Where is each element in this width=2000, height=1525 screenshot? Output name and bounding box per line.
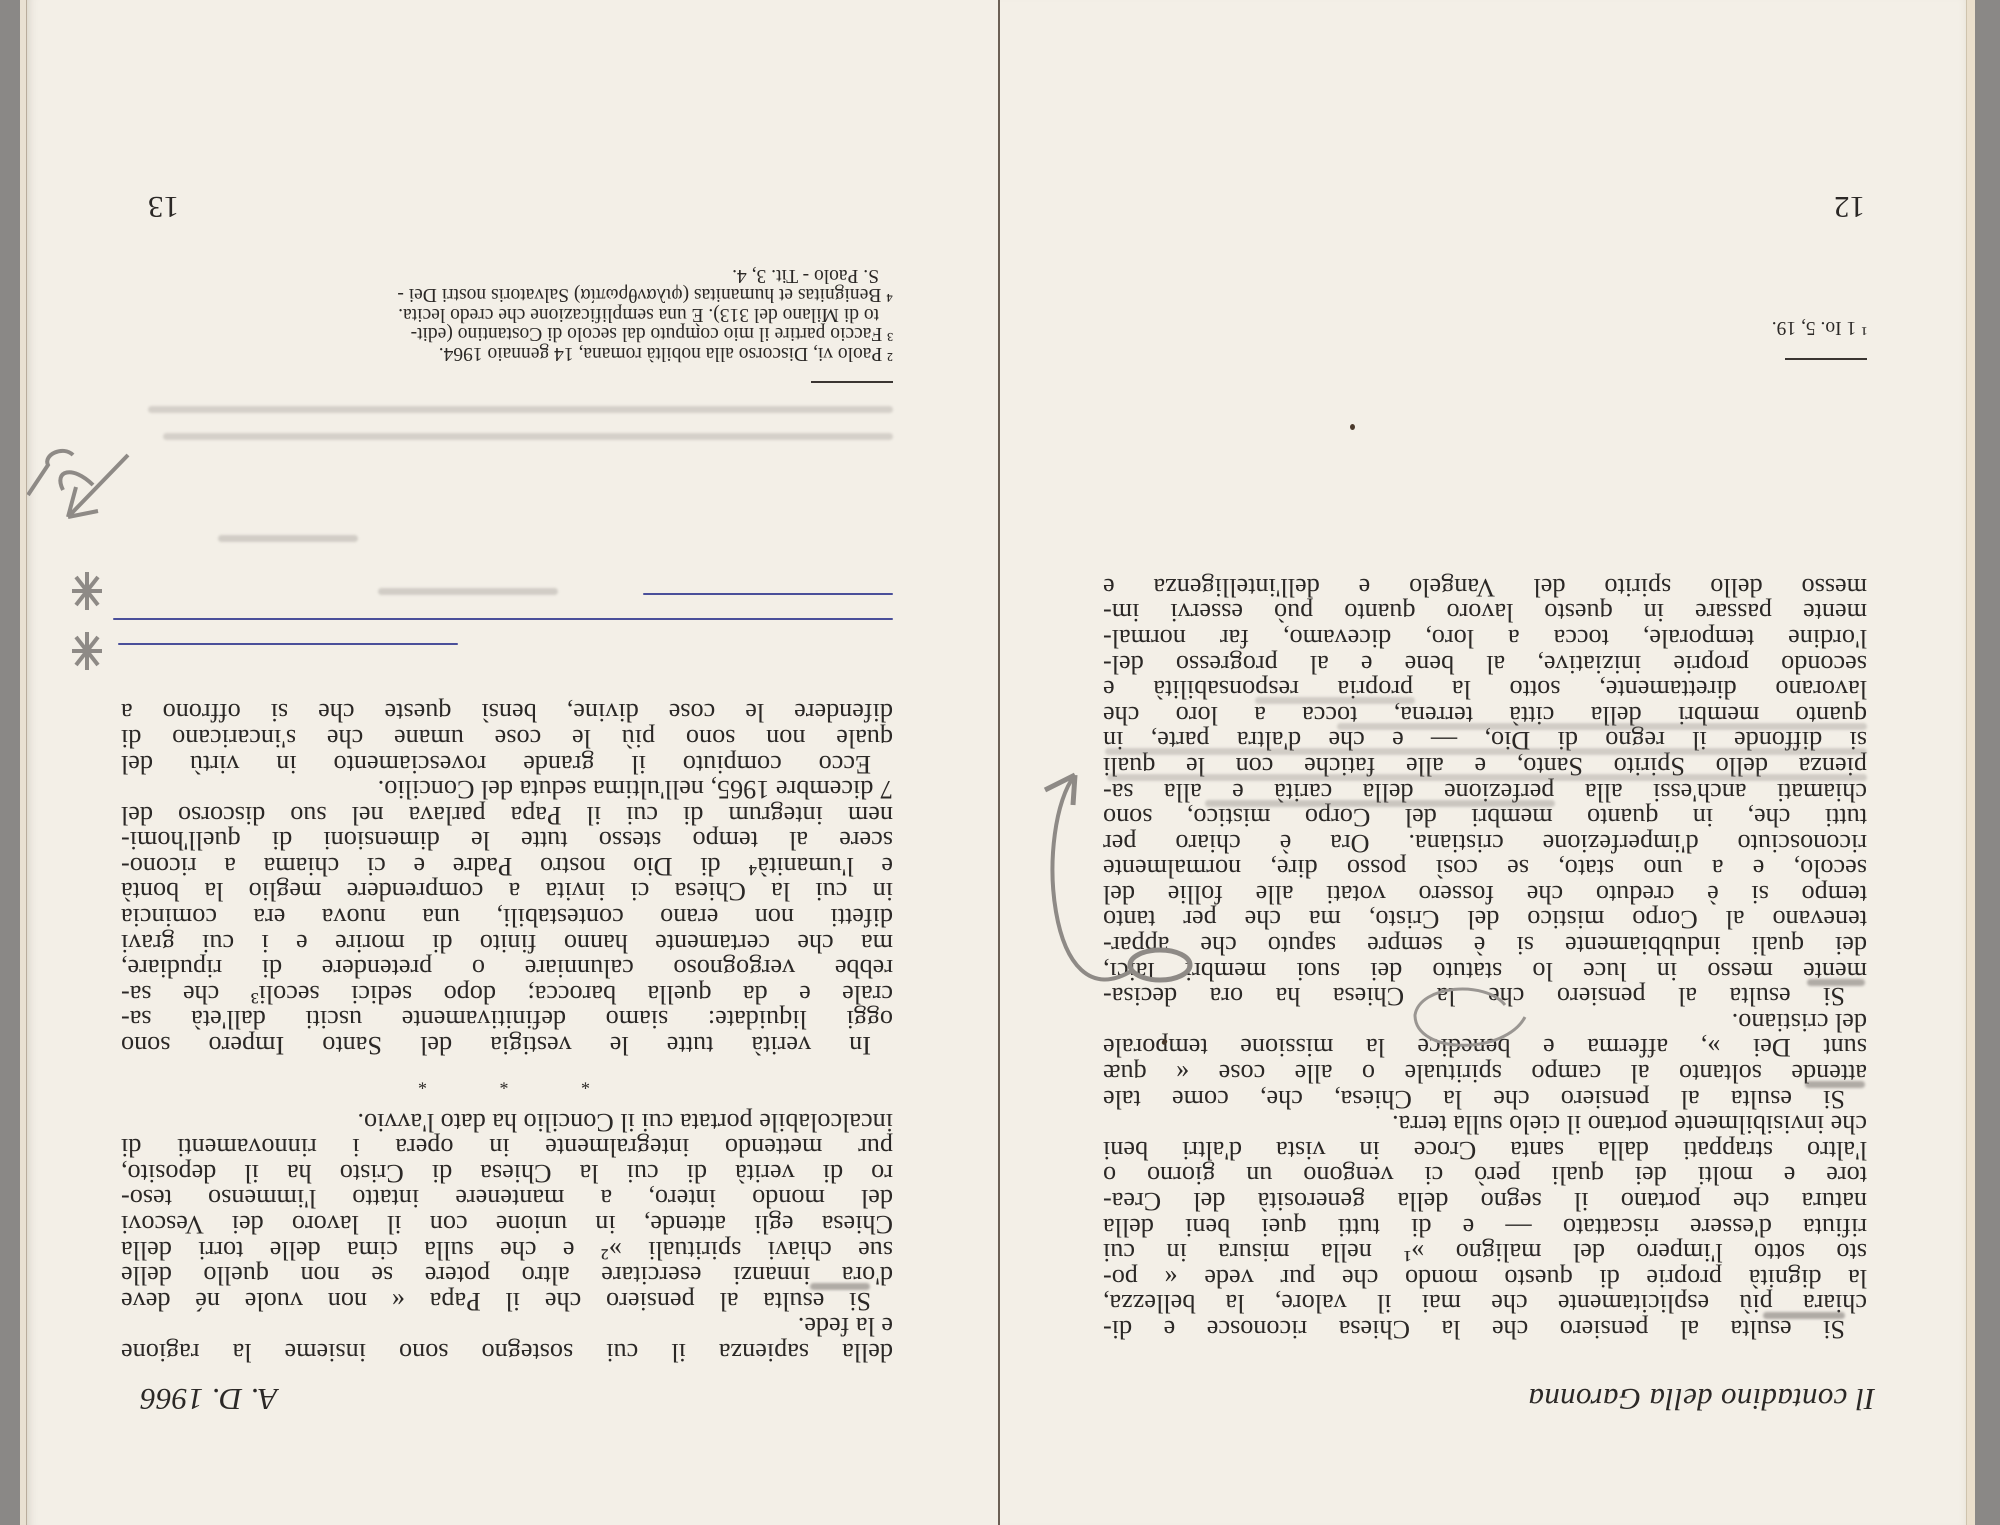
section-break: * * *: [121, 1058, 893, 1109]
text-line: incalcolabile portata cui il Concilio ha…: [121, 1109, 893, 1135]
text-line: sunt Dei », afferma e benedice la missio…: [1103, 1035, 1867, 1061]
text-line: sto sotto l'impero del maligno »¹ nella …: [1103, 1240, 1867, 1266]
text-line: chiara più esplicitamente che mai il val…: [1103, 1291, 1867, 1317]
pencil-underline: [1255, 697, 1415, 704]
text-line: mente messo in luce lo statuto dei suoi …: [1103, 958, 1867, 984]
text-line: tutti che, in quanto membri del Corpo mi…: [1103, 805, 1867, 831]
text-line: tempo si è creduto che fossero votati al…: [1103, 881, 1867, 907]
text-line: secondo proprie iniziative, al bene e al…: [1103, 651, 1867, 677]
page-number: 13: [148, 189, 179, 225]
pencil-underline: [378, 588, 558, 595]
text-line: Chiesa egli attende, in unione con il la…: [121, 1211, 893, 1237]
text-line: della sapienza il cui sostegno sono insi…: [121, 1339, 893, 1365]
text-line: Si esulta al pensiero che il Papa « non …: [121, 1288, 893, 1314]
book-spread: Il contadino della Garonna Si esulta al …: [0, 0, 2000, 1525]
text-line: riconosciuto d'imperfezione cristiana. O…: [1103, 830, 1867, 856]
pencil-underline: [1763, 1312, 1845, 1319]
text-line: natura che portano il segno della genero…: [1103, 1188, 1867, 1214]
text-line: l'altro strappati dalla santa Croce in v…: [1103, 1137, 1867, 1163]
text-line: Si esulta al pensiero che la Chiesa rico…: [1103, 1316, 1867, 1342]
page-body: della sapienza il cui sostegno sono insi…: [121, 700, 893, 1365]
text-line: oggi liquidate: siamo definitivamente us…: [121, 1007, 893, 1033]
text-line: crale e da quella barocca; dopo sedici s…: [121, 981, 893, 1007]
footnotes: ² Paolo vi, Discorso alla nobiltà romana…: [133, 265, 893, 363]
text-line: in cui la Chiesa ci invita a comprendere…: [121, 879, 893, 905]
text-line: 7 dicembre 1965, nell'ultima seduta del …: [121, 777, 893, 803]
text-line: quale non sono più le cose umane che s'i…: [121, 725, 893, 751]
pencil-underline: [1807, 979, 1865, 986]
page-number: 12: [1834, 189, 1865, 225]
text-line: pur mettendo integralmente in opera i ri…: [121, 1135, 893, 1161]
pencil-underline: [1107, 774, 1867, 781]
text-line: difetti non erano contestabili, una nuov…: [121, 905, 893, 931]
text-line: Si esulta al pensiero che la Chiesa ha o…: [1103, 984, 1867, 1010]
text-line: rifiuta d'essere riscattato — e di tutti…: [1103, 1214, 1867, 1240]
text-line: la dignità proprie di questo mondo che p…: [1103, 1265, 1867, 1291]
running-head: Il contadino della Garonna: [1528, 1381, 1875, 1417]
text-line: attende soltanto al campo spirituale o a…: [1103, 1060, 1867, 1086]
text-line: l'ordine temporale, tocca a loro, diceva…: [1103, 625, 1867, 651]
text-line: Si esulta al pensiero che la Chiesa, che…: [1103, 1086, 1867, 1112]
text-line: Ecco compiuto il grande rovesciamento in…: [121, 751, 893, 777]
footnote-rule: [811, 381, 893, 383]
pen-underline: [643, 593, 893, 595]
text-line: e la fede.: [121, 1314, 893, 1340]
footnotes: ¹ 1 Io. 5, 19.: [1107, 317, 1867, 337]
footnote-line: ³ Faccio partire il mio computo dal seco…: [133, 324, 893, 344]
paper-speck: [1350, 424, 1355, 430]
page-12: Il contadino della Garonna Si esulta al …: [987, 0, 1975, 1525]
text-line: ro di verità di cui la Chiesa di Cristo …: [121, 1160, 893, 1186]
text-line: lavorano direttamente, sotto la propria …: [1103, 677, 1867, 703]
page-13: A. D. 1966 della sapienza il cui sostegn…: [20, 0, 1000, 1525]
footnote-line: S. Paolo - Tit. 3, 4.: [133, 265, 893, 285]
footnote-rule: [1785, 358, 1867, 360]
footnote-line: ² Paolo vi, Discorso alla nobiltà romana…: [133, 343, 893, 363]
pen-underline: [118, 643, 458, 645]
footnote-line: to di Milano del 313). È una semplificaz…: [133, 304, 893, 324]
text-line: In verità tutte le vestigia del Santo Im…: [121, 1032, 893, 1058]
footnote-line: ¹ 1 Io. 5, 19.: [1107, 317, 1867, 337]
text-line: del cristiano.: [1103, 1009, 1867, 1035]
text-line: scere al tempo stesso tutte le dimension…: [121, 828, 893, 854]
pencil-underline: [1105, 748, 1867, 755]
text-line: d'ora innanzi esercitare altro potere se…: [121, 1263, 893, 1289]
text-line: difendere le cose divine, bensì queste c…: [121, 700, 893, 726]
text-line: messo dello spirito del Vangelo e dell'i…: [1103, 574, 1867, 600]
pencil-underline: [218, 535, 358, 542]
scan-stage: Il contadino della Garonna Si esulta al …: [0, 0, 2000, 1525]
text-line: che invisibilmente portano il cielo sull…: [1103, 1112, 1867, 1138]
text-line: rebbe vergognoso calunniare o pretendere…: [121, 956, 893, 982]
text-line: mente passare in questo lavoro quanto pu…: [1103, 600, 1867, 626]
text-line: del mondo intero, a mantenere intatto l'…: [121, 1186, 893, 1212]
text-line: tore e molti dei quali però ci vengono u…: [1103, 1163, 1867, 1189]
pencil-underline: [1337, 723, 1867, 730]
text-line: tenevano al Corpo mistico del Cristo, ma…: [1103, 907, 1867, 933]
page-body: Si esulta al pensiero che la Chiesa rico…: [1103, 574, 1867, 1342]
text-line: e l'umanità⁴ di Dio nostro Padre e ci ch…: [121, 853, 893, 879]
pencil-underline: [1205, 800, 1555, 807]
pencil-underline: [810, 1283, 870, 1290]
running-head: A. D. 1966: [140, 1381, 277, 1417]
pen-underline: [113, 618, 893, 620]
footnote-line: ⁴ Benignitas et humanitas (φιλανθρωπία) …: [133, 285, 893, 305]
text-line: ma che certamente hanno finito di morire…: [121, 930, 893, 956]
pencil-underline: [1805, 1081, 1865, 1088]
pencil-underline: [163, 433, 893, 440]
text-line: dei quali indubbiamente si è sempre sapu…: [1103, 933, 1867, 959]
text-line: nem integrum di cui il Papa parlava nel …: [121, 802, 893, 828]
text-line: sue chiavi spirituali »² e che sulla cim…: [121, 1237, 893, 1263]
text-line: secolo, e a uno stato, se così posso dir…: [1103, 856, 1867, 882]
pencil-underline: [148, 406, 893, 413]
